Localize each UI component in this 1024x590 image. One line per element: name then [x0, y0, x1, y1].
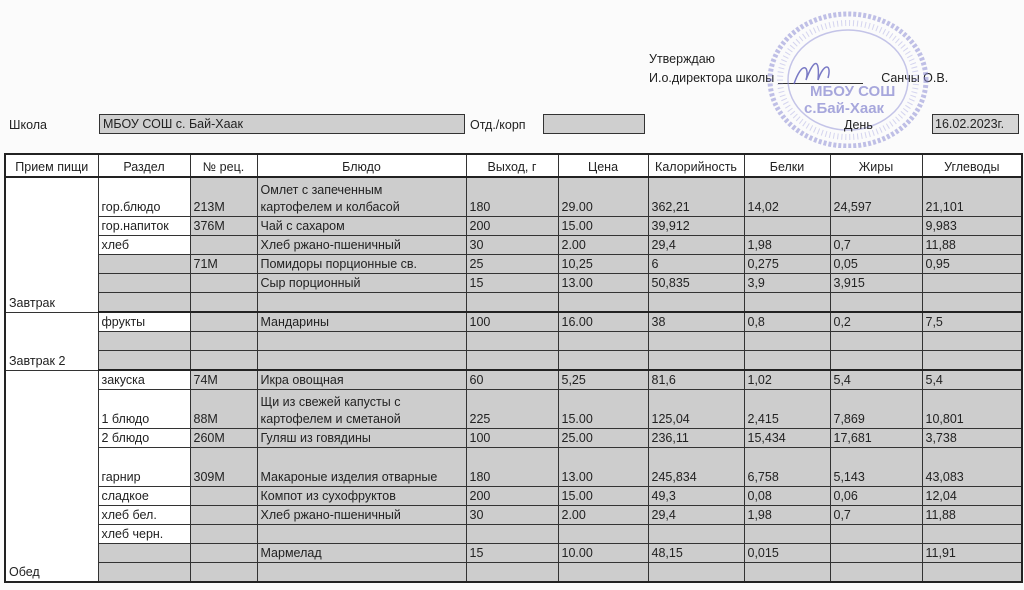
col-header-dish: Блюдо [257, 154, 466, 177]
dish-cell[interactable]: Гуляш из говядины [257, 429, 466, 448]
col-header-kcal: Калорийность [648, 154, 744, 177]
yield-cell[interactable]: 30 [466, 236, 558, 255]
protein-cell[interactable]: 0,8 [744, 312, 830, 332]
price-cell[interactable]: 16.00 [558, 312, 648, 332]
empty-row [5, 351, 1022, 371]
price-cell[interactable]: 15.00 [558, 390, 648, 429]
dish-cell[interactable] [257, 293, 466, 313]
carbs-cell[interactable]: 7,5 [922, 312, 1022, 332]
section-cell[interactable]: 1 блюдо [98, 390, 190, 429]
col-header-carbs: Углеводы [922, 154, 1022, 177]
yield-cell[interactable]: 15 [466, 544, 558, 563]
yield-cell[interactable]: 30 [466, 506, 558, 525]
price-cell[interactable] [558, 351, 648, 371]
recipe-cell[interactable] [190, 544, 257, 563]
protein-cell[interactable]: 0,08 [744, 487, 830, 506]
day-label: День [844, 118, 873, 132]
protein-cell[interactable]: 3,9 [744, 274, 830, 293]
section-cell[interactable] [98, 544, 190, 563]
table-row: хлебХлеб ржано-пшеничный302.0029,41,980,… [5, 236, 1022, 255]
dish-cell[interactable] [257, 351, 466, 371]
carbs-cell[interactable]: 11,88 [922, 236, 1022, 255]
section-cell[interactable] [98, 255, 190, 274]
kcal-cell[interactable]: 48,15 [648, 544, 744, 563]
yield-cell[interactable] [466, 351, 558, 371]
carbs-cell[interactable] [922, 274, 1022, 293]
col-header-fat: Жиры [830, 154, 922, 177]
fat-cell[interactable]: 0,7 [830, 236, 922, 255]
price-cell[interactable]: 2.00 [558, 506, 648, 525]
day-field[interactable]: 16.02.2023г. [932, 114, 1019, 134]
dish-cell[interactable]: Компот из сухофруктов [257, 487, 466, 506]
approval-block: Утверждаю И.о.директора школы Санчы О.В. [649, 50, 948, 88]
school-label: Школа [9, 118, 47, 132]
kcal-cell[interactable]: 39,912 [648, 217, 744, 236]
section-cell[interactable]: 2 блюдо [98, 429, 190, 448]
section-cell[interactable]: гарнир [98, 448, 190, 487]
kcal-cell[interactable]: 245,834 [648, 448, 744, 487]
dish-cell[interactable]: Хлеб ржано-пшеничный [257, 506, 466, 525]
carbs-cell[interactable]: 43,083 [922, 448, 1022, 487]
kcal-cell[interactable]: 50,835 [648, 274, 744, 293]
table-row: Обедзакуска74МИкра овощная605,2581,61,02… [5, 370, 1022, 390]
price-cell[interactable]: 2.00 [558, 236, 648, 255]
section-cell[interactable]: закуска [98, 370, 190, 390]
fat-cell[interactable] [830, 525, 922, 544]
yield-cell[interactable] [466, 563, 558, 583]
recipe-cell[interactable]: 260М [190, 429, 257, 448]
yield-cell[interactable] [466, 293, 558, 313]
yield-cell[interactable]: 180 [466, 448, 558, 487]
protein-cell[interactable]: 1,98 [744, 506, 830, 525]
dept-field[interactable] [543, 114, 645, 134]
fat-cell[interactable]: 0,7 [830, 506, 922, 525]
price-cell[interactable]: 15.00 [558, 217, 648, 236]
yield-cell[interactable] [466, 525, 558, 544]
col-header-yield: Выход, г [466, 154, 558, 177]
fat-cell[interactable]: 7,869 [830, 390, 922, 429]
carbs-cell[interactable]: 5,4 [922, 370, 1022, 390]
table-row: Завтракгор.блюдо213МОмлет с запеченнымка… [5, 177, 1022, 217]
carbs-cell[interactable]: 0,95 [922, 255, 1022, 274]
dept-label: Отд./корп [470, 118, 526, 132]
dish-cell[interactable] [257, 525, 466, 544]
protein-cell[interactable] [744, 525, 830, 544]
carbs-cell[interactable] [922, 563, 1022, 583]
protein-cell[interactable]: 14,02 [744, 177, 830, 217]
fat-cell[interactable] [830, 332, 922, 351]
kcal-cell[interactable] [648, 293, 744, 313]
carbs-cell[interactable] [922, 525, 1022, 544]
section-cell[interactable] [98, 563, 190, 583]
price-cell[interactable]: 13.00 [558, 448, 648, 487]
meal-cell: Завтрак 2 [5, 312, 98, 370]
dish-line: картофелем и колбасой [261, 199, 463, 216]
kcal-cell[interactable]: 29,4 [648, 506, 744, 525]
dish-cell[interactable]: Макароные изделия отварные [257, 448, 466, 487]
carbs-cell[interactable]: 3,738 [922, 429, 1022, 448]
recipe-cell[interactable] [190, 293, 257, 313]
protein-cell[interactable] [744, 332, 830, 351]
protein-cell[interactable]: 1,02 [744, 370, 830, 390]
fat-cell[interactable]: 17,681 [830, 429, 922, 448]
empty-row [5, 563, 1022, 583]
svg-text:с.Бай-Хаак: с.Бай-Хаак [804, 100, 885, 117]
recipe-cell[interactable] [190, 236, 257, 255]
kcal-cell[interactable] [648, 351, 744, 371]
protein-cell[interactable] [744, 217, 830, 236]
meal-cell: Завтрак [5, 177, 98, 312]
section-cell[interactable]: фрукты [98, 312, 190, 332]
table-row: Сыр порционный1513.0050,8353,93,915 [5, 274, 1022, 293]
dish-cell[interactable]: Щи из свежей капусты скартофелем и смета… [257, 390, 466, 429]
table-row: 1 блюдо88МЩи из свежей капусты скартофел… [5, 390, 1022, 429]
kcal-cell[interactable]: 38 [648, 312, 744, 332]
kcal-cell[interactable] [648, 525, 744, 544]
section-cell[interactable]: гор.напиток [98, 217, 190, 236]
table-row: хлеб бел.Хлеб ржано-пшеничный302.0029,41… [5, 506, 1022, 525]
recipe-cell[interactable] [190, 487, 257, 506]
yield-cell[interactable]: 25 [466, 255, 558, 274]
table-row: 71МПомидоры порционные св.2510,2560,2750… [5, 255, 1022, 274]
kcal-cell[interactable] [648, 563, 744, 583]
recipe-cell[interactable]: 376М [190, 217, 257, 236]
price-cell[interactable] [558, 332, 648, 351]
menu-table: Прием пищи Раздел № рец. Блюдо Выход, г … [4, 153, 1023, 583]
carbs-cell[interactable]: 12,04 [922, 487, 1022, 506]
dish-line: Омлет с запеченным [261, 182, 463, 199]
carbs-cell[interactable] [922, 351, 1022, 371]
section-cell[interactable]: хлеб бел. [98, 506, 190, 525]
price-cell[interactable]: 10.00 [558, 544, 648, 563]
price-cell[interactable] [558, 525, 648, 544]
kcal-cell[interactable]: 49,3 [648, 487, 744, 506]
fat-cell[interactable] [830, 293, 922, 313]
recipe-cell[interactable]: 74М [190, 370, 257, 390]
protein-cell[interactable] [744, 351, 830, 371]
fat-cell[interactable]: 5,143 [830, 448, 922, 487]
section-cell[interactable] [98, 293, 190, 313]
table-header-row: Прием пищи Раздел № рец. Блюдо Выход, г … [5, 154, 1022, 177]
section-cell[interactable] [98, 274, 190, 293]
yield-cell[interactable]: 60 [466, 370, 558, 390]
dish-line: картофелем и сметаной [261, 411, 463, 428]
section-cell[interactable] [98, 332, 190, 351]
kcal-cell[interactable]: 6 [648, 255, 744, 274]
price-cell[interactable] [558, 563, 648, 583]
fat-cell[interactable]: 5,4 [830, 370, 922, 390]
protein-cell[interactable]: 15,434 [744, 429, 830, 448]
yield-cell[interactable]: 15 [466, 274, 558, 293]
carbs-cell[interactable]: 11,88 [922, 506, 1022, 525]
recipe-cell[interactable] [190, 332, 257, 351]
dish-line: Щи из свежей капусты с [261, 394, 463, 411]
price-cell[interactable] [558, 293, 648, 313]
protein-cell[interactable]: 0,275 [744, 255, 830, 274]
signature-line [778, 69, 863, 84]
carbs-cell[interactable]: 21,101 [922, 177, 1022, 217]
meal-cell: Обед [5, 370, 98, 582]
dish-cell[interactable]: Сыр порционный [257, 274, 466, 293]
recipe-cell[interactable]: 71М [190, 255, 257, 274]
fat-cell[interactable] [830, 563, 922, 583]
recipe-cell[interactable]: 309М [190, 448, 257, 487]
section-cell[interactable]: хлеб черн. [98, 525, 190, 544]
empty-row [5, 332, 1022, 351]
col-header-section: Раздел [98, 154, 190, 177]
price-cell[interactable]: 25.00 [558, 429, 648, 448]
price-cell[interactable]: 5,25 [558, 370, 648, 390]
recipe-cell[interactable] [190, 525, 257, 544]
fat-cell[interactable]: 0,2 [830, 312, 922, 332]
section-cell[interactable]: сладкое [98, 487, 190, 506]
yield-cell[interactable]: 200 [466, 487, 558, 506]
protein-cell[interactable]: 6,758 [744, 448, 830, 487]
table-row: гор.напиток376МЧай с сахаром20015.0039,9… [5, 217, 1022, 236]
table-row: 2 блюдо260МГуляш из говядины10025.00236,… [5, 429, 1022, 448]
price-cell[interactable]: 13.00 [558, 274, 648, 293]
protein-cell[interactable] [744, 293, 830, 313]
section-cell[interactable] [98, 351, 190, 371]
dish-cell[interactable] [257, 332, 466, 351]
price-cell[interactable]: 15.00 [558, 487, 648, 506]
empty-row [5, 293, 1022, 313]
protein-cell[interactable] [744, 563, 830, 583]
dish-cell[interactable]: Икра овощная [257, 370, 466, 390]
col-header-protein: Белки [744, 154, 830, 177]
kcal-cell[interactable] [648, 332, 744, 351]
table-row: гарнир309ММакароные изделия отварные1801… [5, 448, 1022, 487]
dish-cell[interactable] [257, 563, 466, 583]
price-cell[interactable]: 10,25 [558, 255, 648, 274]
yield-cell[interactable] [466, 332, 558, 351]
carbs-cell[interactable] [922, 293, 1022, 313]
kcal-cell[interactable]: 362,21 [648, 177, 744, 217]
protein-cell[interactable]: 2,415 [744, 390, 830, 429]
dish-cell[interactable]: Помидоры порционные св. [257, 255, 466, 274]
dish-cell[interactable]: Мармелад [257, 544, 466, 563]
carbs-cell[interactable] [922, 332, 1022, 351]
recipe-cell[interactable] [190, 274, 257, 293]
fat-cell[interactable] [830, 351, 922, 371]
dish-cell[interactable]: Чай с сахаром [257, 217, 466, 236]
yield-cell[interactable]: 200 [466, 217, 558, 236]
section-cell[interactable]: хлеб [98, 236, 190, 255]
recipe-cell[interactable] [190, 563, 257, 583]
fat-cell[interactable] [830, 217, 922, 236]
table-row: Мармелад1510.0048,150,01511,91 [5, 544, 1022, 563]
yield-cell[interactable]: 225 [466, 390, 558, 429]
fat-cell[interactable]: 0,06 [830, 487, 922, 506]
kcal-cell[interactable]: 236,11 [648, 429, 744, 448]
fat-cell[interactable]: 24,597 [830, 177, 922, 217]
fat-cell[interactable]: 0,05 [830, 255, 922, 274]
dish-cell[interactable]: Омлет с запеченнымкартофелем и колбасой [257, 177, 466, 217]
approval-title: Утверждаю [649, 50, 948, 69]
table-row: хлеб черн. [5, 525, 1022, 544]
col-header-meal: Прием пищи [5, 154, 98, 177]
kcal-cell[interactable]: 81,6 [648, 370, 744, 390]
carbs-cell[interactable]: 9,983 [922, 217, 1022, 236]
recipe-cell[interactable] [190, 351, 257, 371]
table-row: Завтрак 2фруктыМандарины10016.00380,80,2… [5, 312, 1022, 332]
yield-cell[interactable]: 100 [466, 312, 558, 332]
recipe-cell[interactable] [190, 506, 257, 525]
col-header-recipe: № рец. [190, 154, 257, 177]
col-header-price: Цена [558, 154, 648, 177]
section-cell[interactable]: гор.блюдо [98, 177, 190, 217]
school-field[interactable]: МБОУ СОШ с. Бай-Хаак [99, 114, 465, 134]
recipe-cell[interactable]: 88М [190, 390, 257, 429]
kcal-cell[interactable]: 125,04 [648, 390, 744, 429]
yield-cell[interactable]: 100 [466, 429, 558, 448]
recipe-cell[interactable]: 213М [190, 177, 257, 217]
carbs-cell[interactable]: 10,801 [922, 390, 1022, 429]
recipe-cell[interactable] [190, 312, 257, 332]
fat-cell[interactable]: 3,915 [830, 274, 922, 293]
fat-cell[interactable] [830, 544, 922, 563]
dish-cell[interactable]: Хлеб ржано-пшеничный [257, 236, 466, 255]
approval-name: Санчы О.В. [881, 69, 948, 88]
protein-cell[interactable]: 1,98 [744, 236, 830, 255]
price-cell[interactable]: 29.00 [558, 177, 648, 217]
table-row: сладкоеКомпот из сухофруктов20015.0049,3… [5, 487, 1022, 506]
dish-cell[interactable]: Мандарины [257, 312, 466, 332]
yield-cell[interactable]: 180 [466, 177, 558, 217]
kcal-cell[interactable]: 29,4 [648, 236, 744, 255]
approval-position: И.о.директора школы [649, 69, 774, 88]
carbs-cell[interactable]: 11,91 [922, 544, 1022, 563]
protein-cell[interactable]: 0,015 [744, 544, 830, 563]
